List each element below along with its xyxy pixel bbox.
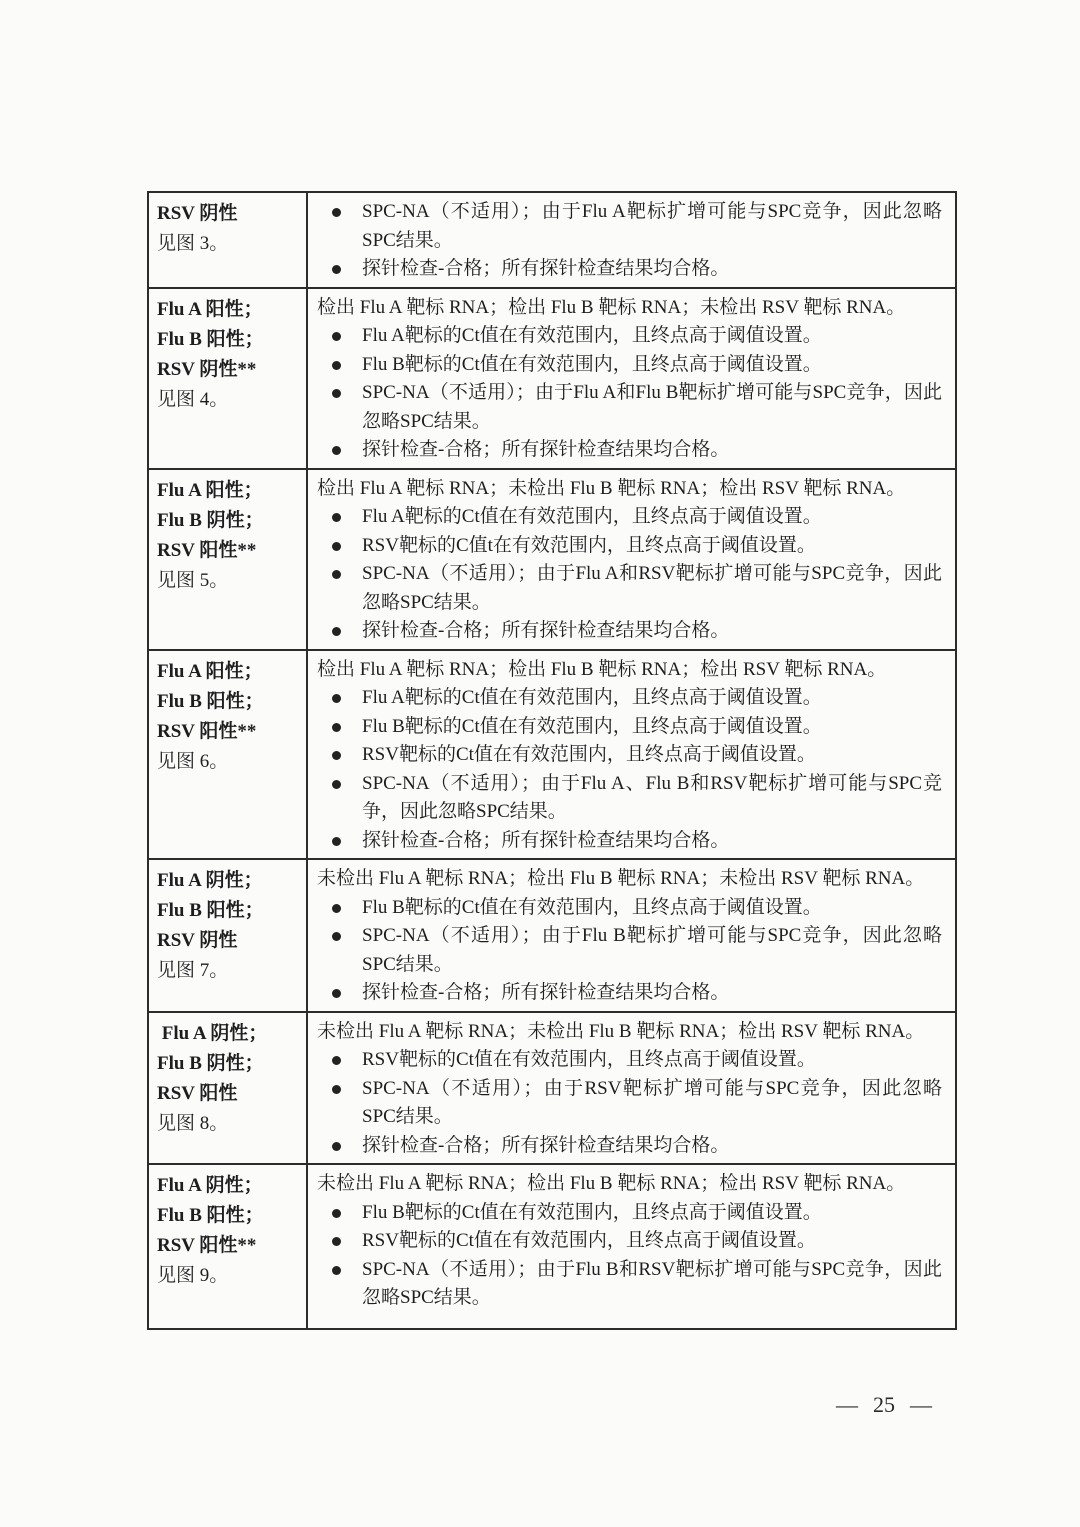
- bullet-icon: [332, 627, 341, 636]
- page-number-dash-left: —: [836, 1392, 858, 1418]
- result-label-line: Flu A 阴性；: [157, 866, 301, 896]
- result-label-line: RSV 阴性: [157, 199, 301, 229]
- table-row: Flu A 阴性； Flu B 阳性； RSV 阳性** 见图 9。 未检出 F…: [148, 1164, 956, 1329]
- bullet-item: 探针检查-合格；所有探针检查结果均合格。: [317, 979, 942, 1008]
- result-detail-cell: 未检出 Flu A 靶标 RNA；检出 Flu B 靶标 RNA；未检出 RSV…: [307, 859, 956, 1012]
- bullet-text: SPC-NA（不适用）；由于Flu A和Flu B靶标扩增可能与SPC竞争，因此…: [362, 379, 942, 436]
- bullet-item: 探针检查-合格；所有探针检查结果均合格。: [317, 617, 942, 646]
- result-detail-cell: 未检出 Flu A 靶标 RNA；未检出 Flu B 靶标 RNA；检出 RSV…: [307, 1012, 956, 1165]
- bullet-text: SPC-NA（不适用）；由于Flu A靶标扩增可能与SPC竞争，因此忽略SPC结…: [362, 198, 942, 255]
- figure-reference: 见图 8。: [157, 1109, 301, 1139]
- bullet-text: SPC-NA（不适用）；由于Flu B靶标扩增可能与SPC竞争，因此忽略SPC结…: [362, 922, 942, 979]
- result-label-line: Flu B 阳性；: [157, 1201, 301, 1231]
- bullet-icon: [332, 932, 341, 941]
- result-label-line: Flu B 阴性；: [157, 506, 301, 536]
- bullet-item: SPC-NA（不适用）；由于Flu A和RSV靶标扩增可能与SPC竞争，因此忽略…: [317, 560, 942, 617]
- table-row: Flu A 阴性； Flu B 阴性； RSV 阳性 见图 8。 未检出 Flu…: [148, 1012, 956, 1165]
- bullet-item: Flu B靶标的Ct值在有效范围内，且终点高于阈值设置。: [317, 1199, 942, 1228]
- result-label-line: RSV 阳性: [157, 1079, 301, 1109]
- result-detail-cell: 检出 Flu A 靶标 RNA；检出 Flu B 靶标 RNA；检出 RSV 靶…: [307, 650, 956, 860]
- bullet-item: Flu A靶标的Ct值在有效范围内，且终点高于阈值设置。: [317, 503, 942, 532]
- bullet-text: SPC-NA（不适用）；由于Flu A、Flu B和RSV靶标扩增可能与SPC竞…: [362, 770, 942, 827]
- bullet-text: RSV靶标的Ct值在有效范围内，且终点高于阈值设置。: [362, 741, 942, 770]
- result-detail-cell: 检出 Flu A 靶标 RNA；未检出 Flu B 靶标 RNA；检出 RSV …: [307, 469, 956, 650]
- figure-reference: 见图 7。: [157, 956, 301, 986]
- bullet-icon: [332, 361, 341, 370]
- bullet-item: Flu B靶标的Ct值在有效范围内，且终点高于阈值设置。: [317, 713, 942, 742]
- bullet-icon: [332, 1056, 341, 1065]
- table-row: Flu A 阳性； Flu B 阴性； RSV 阳性** 见图 5。 检出 Fl…: [148, 469, 956, 650]
- bullet-icon: [332, 446, 341, 455]
- bullet-text: Flu B靶标的Ct值在有效范围内，且终点高于阈值设置。: [362, 1199, 942, 1228]
- bullet-icon: [332, 1142, 341, 1151]
- bullet-icon: [332, 837, 341, 846]
- bullet-text: 探针检查-合格；所有探针检查结果均合格。: [362, 617, 942, 646]
- bullet-item: SPC-NA（不适用）；由于Flu B靶标扩增可能与SPC竞争，因此忽略SPC结…: [317, 922, 942, 979]
- bullet-icon: [332, 208, 341, 217]
- bullet-text: RSV靶标的Ct值在有效范围内，且终点高于阈值设置。: [362, 1046, 942, 1075]
- result-label-cell: Flu A 阴性； Flu B 阳性； RSV 阳性** 见图 9。: [148, 1164, 307, 1329]
- bullet-item: Flu A靶标的Ct值在有效范围内，且终点高于阈值设置。: [317, 684, 942, 713]
- bullet-text: Flu B靶标的Ct值在有效范围内，且终点高于阈值设置。: [362, 894, 942, 923]
- bullet-item: SPC-NA（不适用）；由于Flu B和RSV靶标扩增可能与SPC竞争，因此忽略…: [317, 1256, 942, 1313]
- result-summary: 检出 Flu A 靶标 RNA；未检出 Flu B 靶标 RNA；检出 RSV …: [317, 475, 942, 504]
- bullet-text: RSV靶标的C值t在有效范围内，且终点高于阈值设置。: [362, 532, 942, 561]
- result-summary: 未检出 Flu A 靶标 RNA；检出 Flu B 靶标 RNA；未检出 RSV…: [317, 865, 942, 894]
- bullet-item: SPC-NA（不适用）；由于RSV靶标扩增可能与SPC竞争，因此忽略SPC结果。: [317, 1075, 942, 1132]
- bullet-icon: [332, 265, 341, 274]
- result-detail-cell: SPC-NA（不适用）；由于Flu A靶标扩增可能与SPC竞争，因此忽略SPC结…: [307, 192, 956, 288]
- bullet-icon: [332, 694, 341, 703]
- result-label-line: Flu A 阳性；: [157, 476, 301, 506]
- bullet-item: 探针检查-合格；所有探针检查结果均合格。: [317, 255, 942, 284]
- result-label-line: Flu B 阳性；: [157, 325, 301, 355]
- bullet-icon: [332, 989, 341, 998]
- results-table: RSV 阴性 见图 3。 SPC-NA（不适用）；由于Flu A靶标扩增可能与S…: [147, 191, 957, 1330]
- result-label-cell: RSV 阴性 见图 3。: [148, 192, 307, 288]
- bullet-item: RSV靶标的C值t在有效范围内，且终点高于阈值设置。: [317, 532, 942, 561]
- result-label-cell: Flu A 阳性； Flu B 阳性； RSV 阴性** 见图 4。: [148, 288, 307, 469]
- bullet-text: SPC-NA（不适用）；由于Flu A和RSV靶标扩增可能与SPC竞争，因此忽略…: [362, 560, 942, 617]
- bullet-text: Flu B靶标的Ct值在有效范围内，且终点高于阈值设置。: [362, 713, 942, 742]
- document-page: RSV 阴性 见图 3。 SPC-NA（不适用）；由于Flu A靶标扩增可能与S…: [0, 0, 1080, 1527]
- result-label-line: Flu B 阳性；: [157, 687, 301, 717]
- table-row: Flu A 阳性； Flu B 阳性； RSV 阳性** 见图 6。 检出 Fl…: [148, 650, 956, 860]
- page-number-value: 25: [873, 1392, 895, 1418]
- result-label-cell: Flu A 阳性； Flu B 阳性； RSV 阳性** 见图 6。: [148, 650, 307, 860]
- bullet-icon: [332, 1209, 341, 1218]
- bullet-item: RSV靶标的Ct值在有效范围内，且终点高于阈值设置。: [317, 1046, 942, 1075]
- bullet-icon: [332, 751, 341, 760]
- page-number-dash-right: —: [910, 1392, 932, 1418]
- bullet-icon: [332, 570, 341, 579]
- bullet-item: RSV靶标的Ct值在有效范围内，且终点高于阈值设置。: [317, 1227, 942, 1256]
- bullet-icon: [332, 542, 341, 551]
- bullet-text: Flu B靶标的Ct值在有效范围内，且终点高于阈值设置。: [362, 351, 942, 380]
- bullet-icon: [332, 1266, 341, 1275]
- bullet-icon: [332, 1085, 341, 1094]
- bullet-icon: [332, 1237, 341, 1246]
- bullet-text: 探针检查-合格；所有探针检查结果均合格。: [362, 436, 942, 465]
- bullet-text: 探针检查-合格；所有探针检查结果均合格。: [362, 1132, 942, 1161]
- bullet-item: Flu B靶标的Ct值在有效范围内，且终点高于阈值设置。: [317, 894, 942, 923]
- result-label-line: Flu A 阳性；: [157, 657, 301, 687]
- table-row: RSV 阴性 见图 3。 SPC-NA（不适用）；由于Flu A靶标扩增可能与S…: [148, 192, 956, 288]
- bullet-item: SPC-NA（不适用）；由于Flu A、Flu B和RSV靶标扩增可能与SPC竞…: [317, 770, 942, 827]
- table-row: Flu A 阳性； Flu B 阳性； RSV 阴性** 见图 4。 检出 Fl…: [148, 288, 956, 469]
- bullet-icon: [332, 723, 341, 732]
- result-summary: 未检出 Flu A 靶标 RNA；未检出 Flu B 靶标 RNA；检出 RSV…: [317, 1018, 942, 1047]
- figure-reference: 见图 6。: [157, 747, 301, 777]
- result-summary: 未检出 Flu A 靶标 RNA；检出 Flu B 靶标 RNA；检出 RSV …: [317, 1170, 942, 1199]
- bullet-icon: [332, 513, 341, 522]
- bullet-text: SPC-NA（不适用）；由于RSV靶标扩增可能与SPC竞争，因此忽略SPC结果。: [362, 1075, 942, 1132]
- bullet-item: 探针检查-合格；所有探针检查结果均合格。: [317, 436, 942, 465]
- table-row: Flu A 阴性； Flu B 阳性； RSV 阴性 见图 7。 未检出 Flu…: [148, 859, 956, 1012]
- bullet-text: 探针检查-合格；所有探针检查结果均合格。: [362, 827, 942, 856]
- result-label-line: Flu A 阳性；: [157, 295, 301, 325]
- bullet-item: SPC-NA（不适用）；由于Flu A靶标扩增可能与SPC竞争，因此忽略SPC结…: [317, 198, 942, 255]
- result-label-line: Flu A 阴性；: [157, 1171, 301, 1201]
- result-label-line: RSV 阳性**: [157, 536, 301, 566]
- bullet-text: Flu A靶标的Ct值在有效范围内，且终点高于阈值设置。: [362, 503, 942, 532]
- result-detail-cell: 未检出 Flu A 靶标 RNA；检出 Flu B 靶标 RNA；检出 RSV …: [307, 1164, 956, 1329]
- bullet-text: 探针检查-合格；所有探针检查结果均合格。: [362, 255, 942, 284]
- result-label-cell: Flu A 阳性； Flu B 阴性； RSV 阳性** 见图 5。: [148, 469, 307, 650]
- bullet-item: Flu A靶标的Ct值在有效范围内，且终点高于阈值设置。: [317, 322, 942, 351]
- result-summary: 检出 Flu A 靶标 RNA；检出 Flu B 靶标 RNA；未检出 RSV …: [317, 294, 942, 323]
- bullet-item: 探针检查-合格；所有探针检查结果均合格。: [317, 827, 942, 856]
- page-number: — 25 —: [836, 1392, 932, 1418]
- bullet-icon: [332, 904, 341, 913]
- result-label-line: RSV 阳性**: [157, 1231, 301, 1261]
- result-label-line: RSV 阴性**: [157, 355, 301, 385]
- result-label-line: Flu A 阴性；: [157, 1019, 301, 1049]
- figure-reference: 见图 4。: [157, 385, 301, 415]
- result-label-line: Flu B 阴性；: [157, 1049, 301, 1079]
- bullet-item: SPC-NA（不适用）；由于Flu A和Flu B靶标扩增可能与SPC竞争，因此…: [317, 379, 942, 436]
- result-summary: 检出 Flu A 靶标 RNA；检出 Flu B 靶标 RNA；检出 RSV 靶…: [317, 656, 942, 685]
- result-label-line: Flu B 阳性；: [157, 896, 301, 926]
- result-label-line: RSV 阳性**: [157, 717, 301, 747]
- bullet-text: RSV靶标的Ct值在有效范围内，且终点高于阈值设置。: [362, 1227, 942, 1256]
- result-label-cell: Flu A 阴性； Flu B 阳性； RSV 阴性 见图 7。: [148, 859, 307, 1012]
- result-detail-cell: 检出 Flu A 靶标 RNA；检出 Flu B 靶标 RNA；未检出 RSV …: [307, 288, 956, 469]
- result-label-line: RSV 阴性: [157, 926, 301, 956]
- bullet-icon: [332, 332, 341, 341]
- bullet-item: 探针检查-合格；所有探针检查结果均合格。: [317, 1132, 942, 1161]
- bullet-text: Flu A靶标的Ct值在有效范围内，且终点高于阈值设置。: [362, 322, 942, 351]
- bullet-text: SPC-NA（不适用）；由于Flu B和RSV靶标扩增可能与SPC竞争，因此忽略…: [362, 1256, 942, 1313]
- bullet-item: Flu B靶标的Ct值在有效范围内，且终点高于阈值设置。: [317, 351, 942, 380]
- bullet-text: Flu A靶标的Ct值在有效范围内，且终点高于阈值设置。: [362, 684, 942, 713]
- figure-reference: 见图 9。: [157, 1261, 301, 1291]
- figure-reference: 见图 3。: [157, 229, 301, 259]
- bullet-icon: [332, 780, 341, 789]
- figure-reference: 见图 5。: [157, 566, 301, 596]
- result-label-cell: Flu A 阴性； Flu B 阴性； RSV 阳性 见图 8。: [148, 1012, 307, 1165]
- bullet-icon: [332, 389, 341, 398]
- bullet-item: RSV靶标的Ct值在有效范围内，且终点高于阈值设置。: [317, 741, 942, 770]
- bullet-text: 探针检查-合格；所有探针检查结果均合格。: [362, 979, 942, 1008]
